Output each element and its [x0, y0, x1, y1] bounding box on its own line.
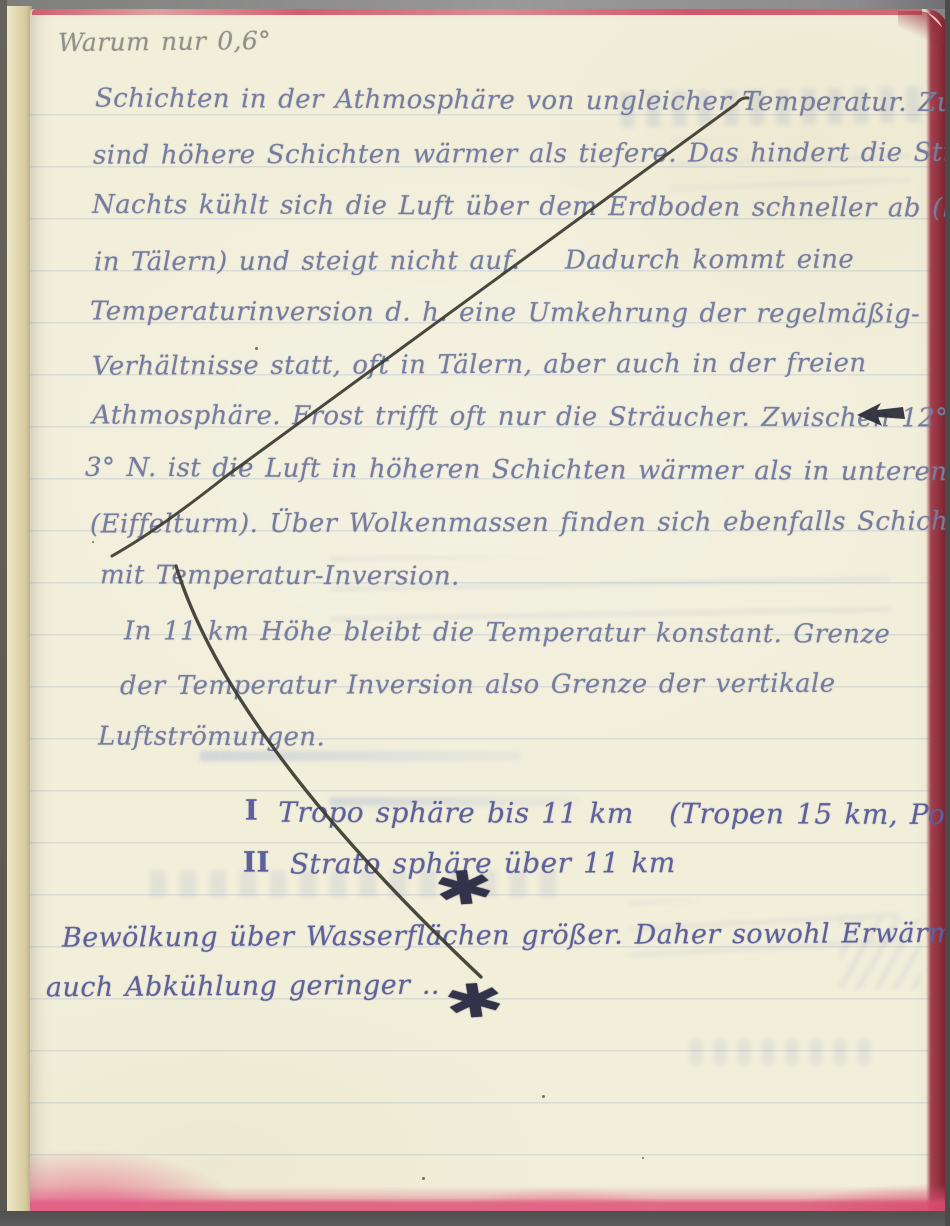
ink-bleedthrough [690, 1039, 870, 1065]
ink-bleedthrough [200, 751, 520, 761]
handwritten-line: sind höhere Schichten wärmer als tiefere… [93, 137, 950, 170]
handwritten-line: der Temperatur Inversion also Grenze der… [120, 669, 836, 701]
handwritten-line: In 11 km Höhe bleibt die Temperatur kons… [124, 616, 890, 649]
handwritten-line: 3° N. ist die Luft in höheren Schichten … [85, 453, 948, 488]
dust-speck [422, 1177, 425, 1180]
handwritten-line: auch Abkühlung geringer .. [46, 971, 440, 1004]
handwritten-line: Temperaturinversion d. h. eine Umkehrung… [90, 297, 920, 330]
handwritten-line: in Tälern) und steigt nicht auf. Dadurch… [94, 245, 854, 278]
handwritten-line: Nachts kühlt sich die Luft über dem Erdb… [92, 190, 950, 224]
scanner-background-left [0, 0, 7, 1226]
handwritten-line: Athmosphäre. Frost trifft oft nur die St… [92, 401, 949, 434]
asterisk-mark-top: ✱ [430, 859, 498, 917]
handwritten-line: mit Temperatur-Inversion. [100, 560, 460, 591]
scanned-notebook-page: Warum nur 0,6° Schichten in der Athmosph… [0, 0, 950, 1226]
dust-speck [542, 1095, 545, 1098]
paper-sheet: Warum nur 0,6° Schichten in der Athmosph… [30, 9, 948, 1212]
pink-stain-bottom [30, 1133, 948, 1212]
handwritten-line: Bewölkung über Wasserflächen größer. Dah… [62, 918, 950, 953]
list-item-stratosphere: IIStrato sphäre über 11 km [172, 818, 676, 910]
scanner-background-bottom [0, 1211, 950, 1226]
handwritten-line: (Eiffelturm). Über Wolkenmassen finden s… [90, 506, 950, 539]
dust-speck [642, 1157, 644, 1159]
handwritten-annotation: Warum nur 0,6° [58, 26, 271, 58]
red-dyed-edge-top [32, 9, 922, 15]
dust-speck [92, 541, 94, 543]
dust-speck [255, 347, 258, 350]
scanner-background-top [0, 0, 950, 9]
handwritten-line: Verhältnisse statt, oft in Tälern, aber … [92, 348, 867, 381]
handwritten-line: Schichten in der Athmosphäre von ungleic… [95, 84, 950, 119]
scanner-background-right [945, 0, 950, 1226]
notebook-spine-edge [7, 6, 32, 1214]
handwritten-line: Luftströmungen. [98, 722, 325, 753]
asterisk-mark-bottom: ✱ [440, 972, 508, 1030]
list-numeral: II [243, 848, 270, 878]
